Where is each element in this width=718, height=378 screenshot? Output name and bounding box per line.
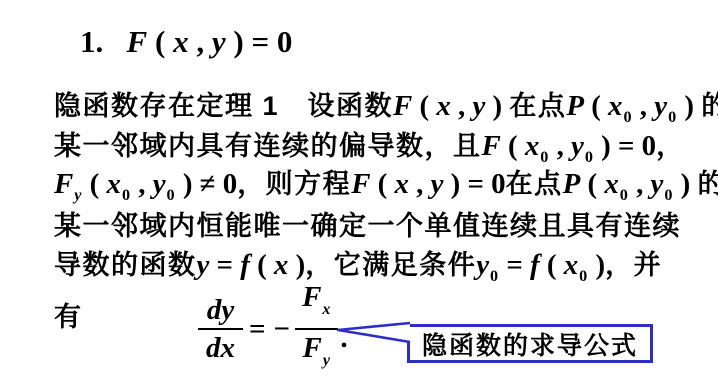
text-segment: 导数的函数 bbox=[54, 250, 197, 280]
text-segment: x bbox=[395, 168, 409, 200]
fraction-Fx-Fy: Fx Fy bbox=[294, 282, 338, 376]
text-segment: 1. bbox=[80, 24, 127, 59]
text-segment: f bbox=[240, 249, 250, 281]
text-segment: 某一邻域内恒能唯一确定一个单值连续且具有连续 bbox=[54, 211, 681, 241]
text-segment: 的 bbox=[697, 169, 718, 199]
text-segment: , bbox=[409, 168, 431, 200]
text-segment: x bbox=[274, 249, 288, 281]
text-segment: F bbox=[482, 130, 501, 162]
text-segment: ) bbox=[677, 90, 701, 122]
text-segment: ( bbox=[584, 90, 608, 122]
text-segment: 0 bbox=[579, 267, 587, 285]
fraction-denominator: dx bbox=[198, 328, 243, 363]
text-segment: ) bbox=[588, 249, 605, 281]
text-segment: ，则方程 bbox=[237, 169, 351, 199]
text-segment: , bbox=[629, 168, 651, 200]
text-segment: ) = 0 bbox=[443, 168, 505, 200]
text-segment: 0 bbox=[620, 186, 628, 204]
text-segment: x bbox=[173, 24, 189, 59]
text-segment: , bbox=[633, 90, 655, 122]
text-segment: , bbox=[451, 90, 473, 122]
text-segment: P bbox=[566, 90, 584, 122]
text-segment: F bbox=[351, 168, 370, 200]
text-segment: ) = 0 bbox=[594, 130, 656, 162]
text-segment: P bbox=[563, 168, 581, 200]
text-segment: F bbox=[393, 90, 412, 122]
lead-word-you: 有 bbox=[54, 299, 83, 335]
text-segment: y bbox=[431, 168, 444, 200]
text-segment: x bbox=[604, 168, 618, 200]
text-segment: y bbox=[472, 90, 485, 122]
text-segment: ) bbox=[485, 90, 509, 122]
text-segment: , bbox=[189, 24, 212, 59]
text-segment: y bbox=[476, 249, 489, 281]
text-segment: 0 bbox=[122, 186, 130, 204]
fraction-dy-dx: dy dx bbox=[198, 295, 243, 363]
text-segment: 0 bbox=[623, 108, 631, 126]
text-segment: 隐函数存在定理 1 设函数 bbox=[54, 91, 393, 121]
equals-sign: = bbox=[249, 313, 266, 346]
text-segment: y bbox=[74, 186, 81, 204]
text-segment: ，并 bbox=[605, 250, 662, 280]
text-segment: 在点 bbox=[506, 169, 563, 199]
theorem-line-4: 某一邻域内恒能唯一确定一个单值连续且具有连续 bbox=[54, 208, 681, 244]
text-segment: 某一邻域内具有连续的偏导数，且 bbox=[54, 131, 482, 161]
callout-box: 隐函数的求导公式 bbox=[407, 324, 653, 363]
text-segment: ，它满足条件 bbox=[305, 250, 476, 280]
fraction-numerator: Fx bbox=[294, 282, 338, 328]
text-segment: ( bbox=[412, 90, 436, 122]
text-segment: ) = 0 bbox=[226, 24, 293, 59]
text-segment: x bbox=[564, 249, 578, 281]
text-segment: ( bbox=[250, 249, 274, 281]
callout-pointer-icon bbox=[336, 319, 412, 346]
text-segment: , bbox=[131, 168, 153, 200]
slide: 1. F ( x , y ) = 0 隐函数存在定理 1 设函数F ( x , … bbox=[0, 0, 718, 378]
text-segment: F bbox=[127, 24, 148, 59]
theorem-line-3: Fy ( x0 , y0 ) ≠ 0，则方程F ( x , y ) = 0在点P… bbox=[54, 166, 718, 213]
text-segment: ( bbox=[580, 168, 604, 200]
text-segment: ) ≠ 0 bbox=[176, 168, 238, 200]
text-segment: ， bbox=[656, 131, 685, 161]
text-segment: = bbox=[209, 249, 240, 281]
text-segment: 0 bbox=[540, 148, 548, 166]
text-segment: 的 bbox=[701, 91, 718, 121]
text-segment: y bbox=[654, 90, 667, 122]
text-segment: 0 bbox=[490, 267, 498, 285]
text-segment: f bbox=[530, 249, 540, 281]
text-segment: 有 bbox=[54, 302, 83, 332]
text-segment: ( bbox=[147, 24, 173, 59]
x-subscript: x bbox=[322, 301, 330, 318]
text-segment: 在点 bbox=[509, 91, 566, 121]
text-segment: ( bbox=[82, 168, 106, 200]
text-segment: ( bbox=[501, 130, 525, 162]
F-symbol: F bbox=[303, 332, 322, 364]
text-segment: y bbox=[153, 168, 166, 200]
text-segment: = bbox=[499, 249, 530, 281]
text-segment: y bbox=[651, 168, 664, 200]
text-segment: y bbox=[571, 130, 584, 162]
text-segment: F bbox=[54, 168, 73, 200]
text-segment: y bbox=[197, 249, 210, 281]
text-segment: 0 bbox=[668, 108, 676, 126]
text-segment: x bbox=[107, 168, 121, 200]
text-segment: 0 bbox=[167, 186, 175, 204]
text-segment: ) bbox=[288, 249, 305, 281]
text-segment: x bbox=[436, 90, 450, 122]
text-segment: ) bbox=[673, 168, 697, 200]
text-segment: , bbox=[549, 130, 571, 162]
derivative-formula: dy dx = − Fx Fy . bbox=[198, 282, 348, 376]
fraction-denominator: Fy bbox=[295, 328, 338, 376]
text-segment: 0 bbox=[664, 186, 672, 204]
slide-title: 1. F ( x , y ) = 0 bbox=[80, 24, 292, 61]
minus-sign: − bbox=[274, 313, 291, 346]
text-segment: 0 bbox=[585, 148, 593, 166]
fraction-numerator: dy bbox=[199, 295, 242, 328]
text-segment: x bbox=[608, 90, 622, 122]
F-symbol: F bbox=[302, 281, 321, 313]
text-segment: ( bbox=[540, 249, 564, 281]
y-subscript: y bbox=[323, 352, 330, 369]
callout-label: 隐函数的求导公式 bbox=[422, 326, 638, 362]
text-segment: y bbox=[212, 24, 226, 59]
text-segment: x bbox=[525, 130, 539, 162]
text-segment: ( bbox=[370, 168, 394, 200]
theorem-line-5: 导数的函数y = f ( x )，它满足条件y0 = f ( x0 )，并 bbox=[54, 247, 662, 294]
